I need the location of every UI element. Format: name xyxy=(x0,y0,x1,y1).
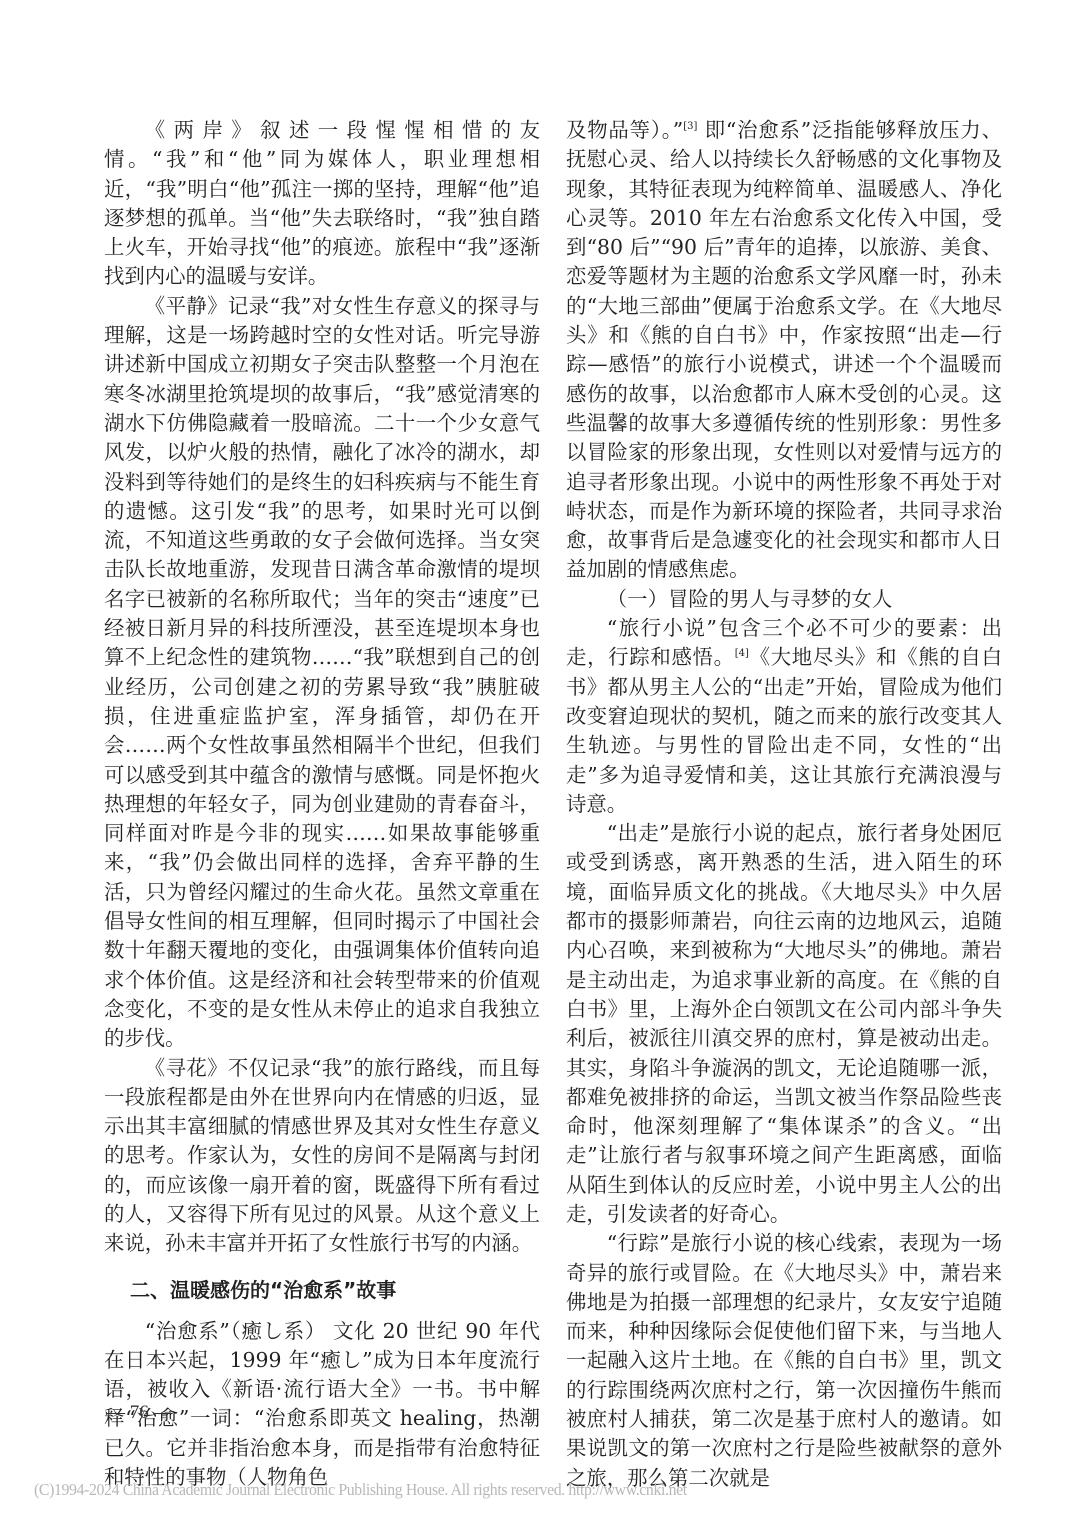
quote-end-text: 及物品等）。” xyxy=(566,118,683,142)
paragraph-xunhua: 《寻花》不仅记录“我”的旅行路线，而且每一段旅程都是由外在世界向内在情感的归返，… xyxy=(104,1054,540,1259)
paragraph-travel-novel-elements: “旅行小说”包含三个必不可少的要素：出走，行踪和感悟。[4]《大地尽头》和《熊的… xyxy=(566,614,1002,819)
paragraph-journey: “行踪”是旅行小说的核心线索，表现为一场奇异的旅行或冒险。在《大地尽头》中，萧岩… xyxy=(566,1229,1002,1493)
paragraph-text: 即“治愈系”泛指能够释放压力、抚慰心灵、给人以持续长久舒畅感的文化事物及现象，其… xyxy=(566,118,1002,581)
paragraph-pingjing: 《平静》记录“我”对女性生存意义的探寻与理解，这是一场跨越时空的女性对话。听完导… xyxy=(104,292,540,1054)
copyright-footer: (C)1994-2024 China Academic Journal Elec… xyxy=(34,1480,687,1500)
paragraph-healing-definition: 及物品等）。”[3] 即“治愈系”泛指能够释放压力、抚慰心灵、给人以持续长久舒畅… xyxy=(566,116,1002,585)
section-heading: 二、温暖感伤的“治愈系”故事 xyxy=(104,1275,540,1305)
footnote-ref-3[interactable]: [3] xyxy=(683,121,697,132)
page-number: — 76 — xyxy=(106,1402,173,1424)
left-column: 《两岸》叙述一段惺惺相惜的友情。“我”和“他”同为媒体人，职业理想相近，“我”明… xyxy=(104,116,540,1492)
footnote-ref-4[interactable]: [4] xyxy=(735,649,749,660)
subsection-heading: （一）冒险的男人与寻梦的女人 xyxy=(566,585,1002,614)
paragraph-text: 《大地尽头》和《熊的自白书》都从男主人公的“出走”开始，冒险成为他们改变窘迫现状… xyxy=(566,645,1002,815)
paragraph-liangan: 《两岸》叙述一段惺惺相惜的友情。“我”和“他”同为媒体人，职业理想相近，“我”明… xyxy=(104,116,540,292)
paragraph-departure: “出走”是旅行小说的起点，旅行者身处困厄或受到诱惑，离开熟悉的生活，进入陌生的环… xyxy=(566,819,1002,1229)
right-column: 及物品等）。”[3] 即“治愈系”泛指能够释放压力、抚慰心灵、给人以持续长久舒畅… xyxy=(566,116,1002,1493)
